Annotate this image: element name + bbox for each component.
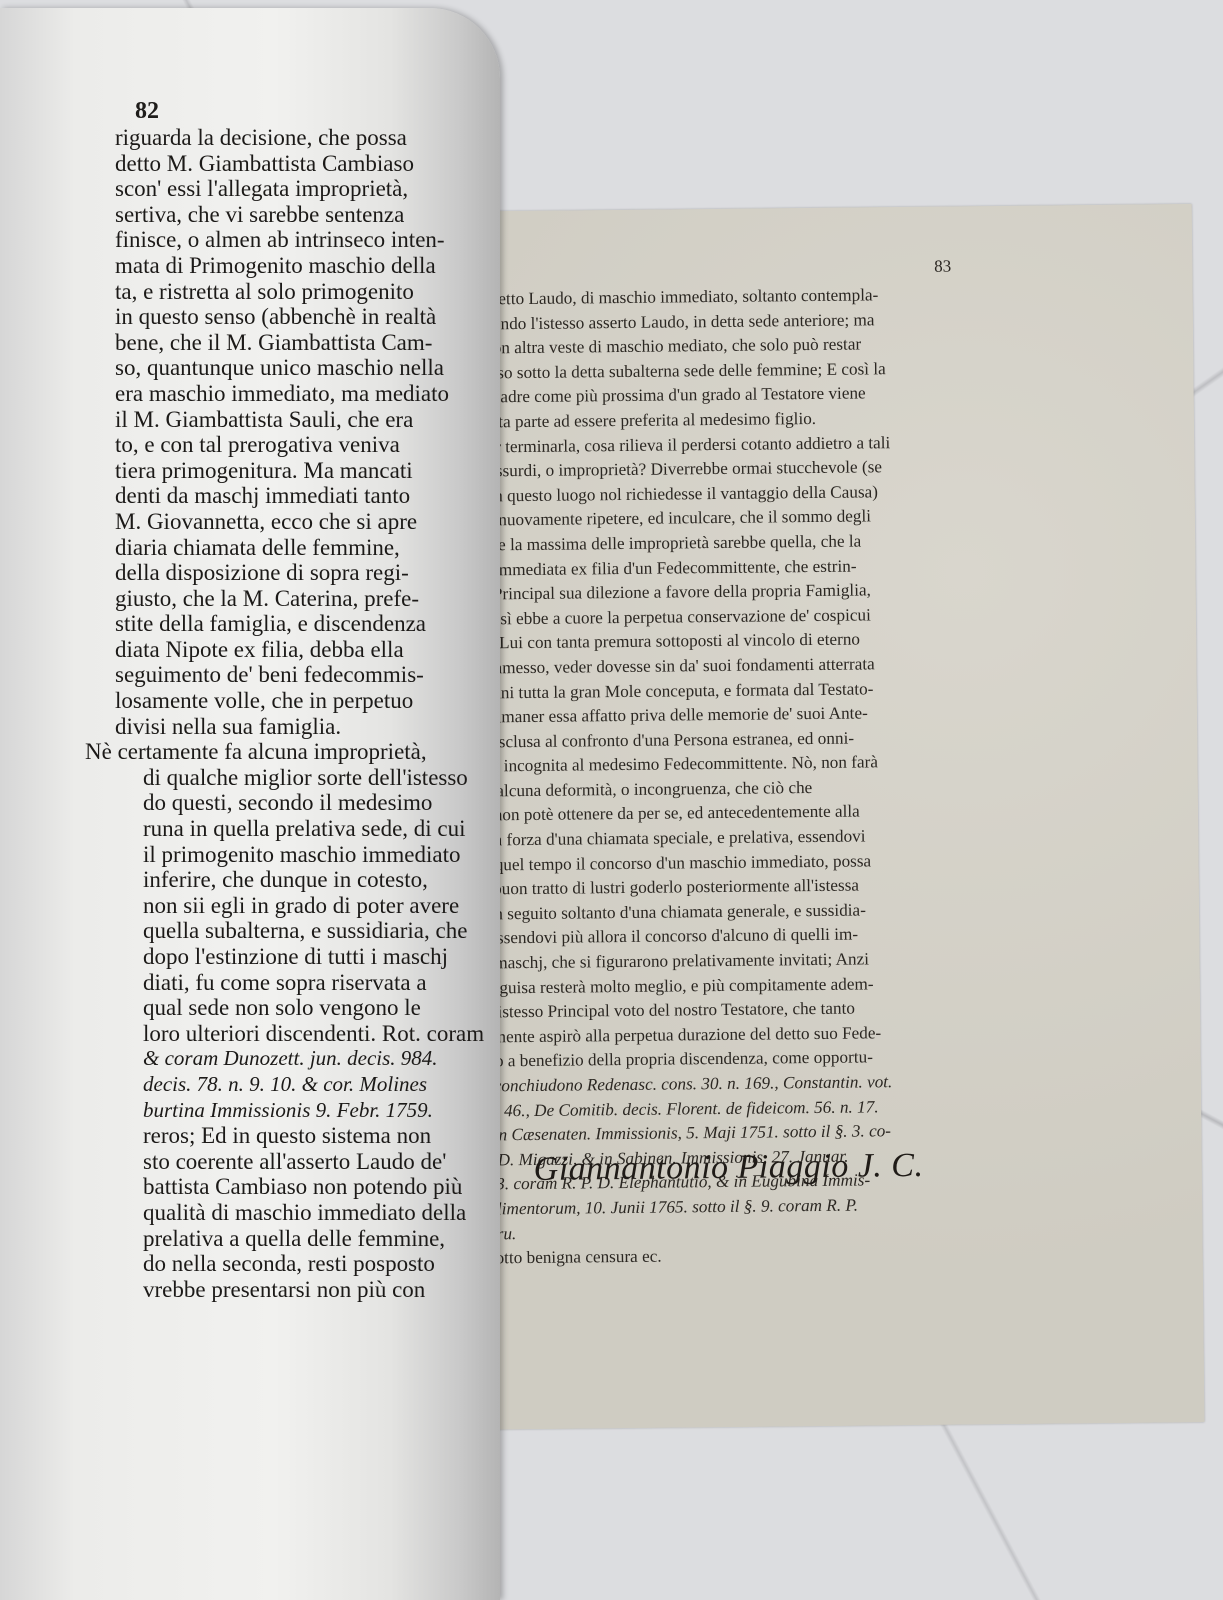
text-line: della disposizione di sopra regi- (115, 560, 460, 586)
text-line: prelativa a quella delle femmine, (115, 1226, 488, 1252)
page-number: 82 (135, 98, 159, 125)
text-line: tiera primogenitura. Ma mancati (115, 458, 460, 484)
citation-line: & coram Dunozett. jun. decis. 984. (115, 1046, 488, 1072)
text-line: bene, che il M. Giambattista Cam- (115, 330, 460, 356)
text-line: sto coerente all'asserto Laudo de' (115, 1149, 488, 1175)
left-page-text: riguarda la decisione, che possa detto M… (115, 125, 460, 1302)
text-line: quella subalterna, e sussidiaria, che (115, 918, 488, 944)
text-line: loro ulteriori discendenti. Rot. coram (115, 1021, 488, 1047)
citation-line: decis. 78. n. 9. 10. & cor. Molines (115, 1072, 488, 1098)
text-line: sertiva, che vi sarebbe sentenza (115, 202, 460, 228)
page-number: 83 (934, 257, 951, 277)
text-line: diata Nipote ex filia, debba ella (115, 637, 460, 663)
text-line: M. Giovannetta, ecco che si apre (115, 509, 460, 535)
text-line: dopo l'estinzione di tutti i maschj (115, 944, 488, 970)
text-line: finisce, o almen ab intrinseco inten- (115, 227, 460, 253)
text-line: reros; Ed in questo sistema non (115, 1123, 488, 1149)
text-line: vrebbe presentarsi non più con (115, 1277, 488, 1303)
text-line: so, quantunque unico maschio nella (115, 355, 460, 381)
text-line: il M. Giambattista Sauli, che era (115, 407, 460, 433)
text-line: seguimento de' beni fedecommis- (115, 662, 460, 688)
text-line: diaria chiamata delle femmine, (115, 535, 460, 561)
text-line: detto M. Giambattista Cambiaso (115, 151, 460, 177)
text-line: denti da maschj immediati tanto (115, 483, 460, 509)
text-line: il primogenito maschio immediato (115, 842, 488, 868)
left-page-curled: 82 riguarda la decisione, che possa dett… (0, 8, 500, 1600)
right-page: 83 a dal detto Laudo, di maschio immedia… (424, 204, 1205, 1430)
text-line: non sii egli in grado di poter avere (115, 893, 488, 919)
paragraph-start-line: Nè certamente fa alcuna improprietà, (85, 739, 430, 765)
text-line: qual sede non solo vengono le (115, 995, 488, 1021)
text-line: to, e con tal prerogativa veniva (115, 432, 460, 458)
text-line: qualità di maschio immediato della (115, 1200, 488, 1226)
text-line: giusto, che la M. Caterina, prefe- (115, 586, 460, 612)
text-line: riguarda la decisione, che possa (115, 125, 460, 151)
text-line: do questi, secondo il medesimo (115, 790, 488, 816)
text-line: stite della famiglia, e discendenza (115, 611, 460, 637)
text-line: diati, fu come sopra riservata a (115, 970, 488, 996)
signature: Giannantonio Piaggio J. C. (533, 1147, 923, 1189)
text-line: battista Cambiaso non potendo più (115, 1174, 488, 1200)
text-line: ta, e ristretta al solo primogenito (115, 279, 460, 305)
text-line: divisi nella sua famiglia. (115, 714, 460, 740)
text-line: do nella seconda, resti posposto (115, 1251, 488, 1277)
text-line: era maschio immediato, ma mediato (115, 381, 460, 407)
citation-line: burtina Immissionis 9. Febr. 1759. (115, 1098, 488, 1124)
text-line: losamente volle, che in perpetuo (115, 688, 460, 714)
text-line: inferire, che dunque in cotesto, (115, 867, 488, 893)
right-page-text: a dal detto Laudo, di maschio immediato,… (452, 280, 1177, 1271)
text-line: runa in quella prelativa sede, di cui (115, 816, 488, 842)
text-line: mata di Primogenito maschio della (115, 253, 460, 279)
text-line: in questo senso (abbenchè in realtà (115, 304, 460, 330)
text-line: scon' essi l'allegata improprietà, (115, 176, 460, 202)
text-line: di qualche miglior sorte dell'istesso (115, 765, 488, 791)
